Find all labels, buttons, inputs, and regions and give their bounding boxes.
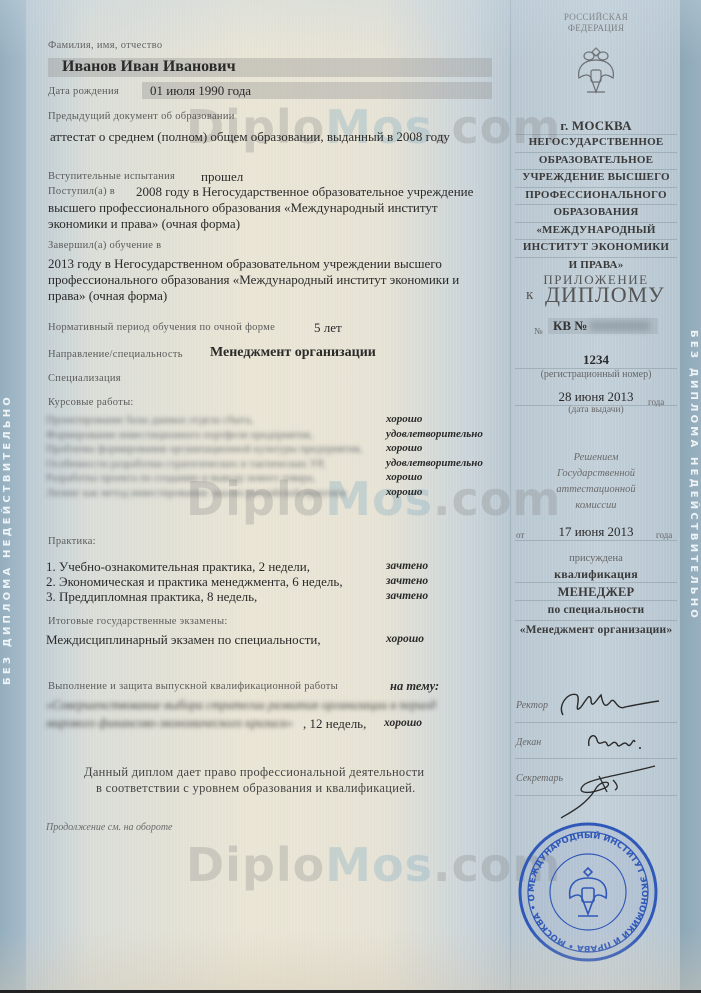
rights-line-1: Данный диплом дает право профессионально… bbox=[84, 765, 424, 780]
rector-signature-icon bbox=[555, 685, 665, 725]
decision-line: Решением bbox=[512, 452, 680, 463]
entrance-label: Вступительные испытания bbox=[48, 171, 175, 182]
enrolled-line-1: 2008 году в Негосударственное образовате… bbox=[136, 184, 473, 200]
registration-number: 1234 bbox=[512, 352, 680, 368]
rule bbox=[515, 187, 677, 188]
qualification-label: квалификация bbox=[512, 567, 680, 582]
completion-line-1: 2013 году в Негосударственном образовате… bbox=[48, 256, 442, 272]
coursework-grade: хорошо bbox=[386, 442, 422, 454]
country-line-2: ФЕДЕРАЦИЯ bbox=[512, 23, 680, 33]
specialty-value-right: «Менеджмент организации» bbox=[512, 624, 680, 636]
rector-label: Ректор bbox=[516, 700, 548, 711]
coursework-title: Проблемы формирования организационной ку… bbox=[46, 443, 362, 455]
secretary-signature-icon bbox=[555, 762, 665, 822]
state-exam-item: Междисциплинарный экзамен по специальнос… bbox=[46, 632, 321, 648]
dean-label: Декан bbox=[516, 737, 541, 748]
practice-item: 2. Экономическая и практика менеджмента,… bbox=[46, 574, 343, 590]
institution-line: «МЕЖДУНАРОДНЫЙ bbox=[512, 224, 680, 236]
decision-line: комиссии bbox=[512, 500, 680, 511]
thesis-topic-line-2: мирового финансово-экономического кризис… bbox=[46, 716, 293, 731]
rule bbox=[515, 152, 677, 153]
coursework-title: Проектирование базы данных отдела сбыта, bbox=[46, 414, 253, 426]
side-text-right: БЕЗ ДИПЛОМА НЕДЕЙСТВИТЕЛЬНО bbox=[688, 330, 699, 621]
completion-line-3: права» (очная форма) bbox=[48, 288, 167, 304]
institution-line: ПРОФЕССИОНАЛЬНОГО bbox=[512, 189, 680, 201]
official-seal-icon: МЕЖДУНАРОДНЫЙ ИНСТИТУТ ЭКОНОМИКИ И ПРАВА… bbox=[518, 822, 658, 962]
dean-signature-icon bbox=[585, 728, 645, 756]
specialty-value: Менеджмент организации bbox=[210, 345, 376, 361]
continuation-note: Продолжение см. на обороте bbox=[46, 822, 172, 833]
prev-doc-value: аттестат о среднем (полном) общем образо… bbox=[50, 129, 450, 145]
period-value: 5 лет bbox=[314, 320, 342, 336]
institution-line: УЧРЕЖДЕНИЕ ВЫСШЕГО bbox=[512, 171, 680, 183]
thesis-topic-label: на тему: bbox=[390, 679, 439, 694]
practice-grade: зачтено bbox=[386, 590, 428, 602]
practice-item: 3. Преддипломная практика, 8 недель, bbox=[46, 589, 257, 605]
registration-caption: (регистрационный номер) bbox=[512, 369, 680, 380]
title-line-2: ДИПЛОМУ bbox=[545, 282, 665, 308]
coat-of-arms-icon bbox=[512, 42, 680, 103]
student-name: Иванов Иван Иванович bbox=[62, 58, 236, 76]
issue-date-caption: (дата выдачи) bbox=[512, 405, 680, 415]
coursework-label: Курсовые работы: bbox=[48, 397, 134, 408]
watermark: DiploMos.com bbox=[186, 100, 561, 154]
decision-line: аттестационной bbox=[512, 484, 680, 495]
redacted-number bbox=[590, 321, 650, 331]
institution-line: ОБРАЗОВАНИЯ bbox=[512, 206, 680, 218]
institution-city: г. МОСКВА bbox=[512, 118, 680, 134]
coursework-grade: удовлетворительно bbox=[386, 428, 483, 440]
specialty-label: Направление/специальность bbox=[48, 349, 183, 360]
rule bbox=[515, 758, 677, 759]
enrolled-label: Поступил(а) в bbox=[48, 186, 115, 197]
rule bbox=[515, 134, 677, 135]
completion-label: Завершил(а) обучение в bbox=[48, 240, 161, 251]
thesis-label: Выполнение и защита выпускной квалификац… bbox=[48, 681, 338, 692]
specialty-caption: по специальности bbox=[512, 604, 680, 616]
institution-line: ИНСТИТУТ ЭКОНОМИКИ bbox=[512, 241, 680, 253]
state-exam-grade: хорошо bbox=[386, 633, 424, 645]
period-label: Нормативный период обучения по очной фор… bbox=[48, 322, 275, 333]
qualification-value: МЕНЕДЖЕР bbox=[512, 585, 680, 600]
institution-line: НЕГОСУДАРСТВЕННОЕ bbox=[512, 136, 680, 148]
title-k: к bbox=[526, 287, 533, 304]
practice-grade: зачтено bbox=[386, 560, 428, 572]
coursework-title: Разработка проекта по созданию и выводу … bbox=[46, 472, 315, 484]
decision-suffix: года bbox=[656, 530, 672, 540]
watermark: DiploMos.com bbox=[186, 838, 561, 892]
rule bbox=[515, 222, 677, 223]
practice-item: 1. Учебно-ознакомительная практика, 2 не… bbox=[46, 559, 310, 575]
state-exams-label: Итоговые государственные экзамены: bbox=[48, 616, 228, 627]
coursework-grade: удовлетворительно bbox=[386, 457, 483, 469]
coursework-grade: хорошо bbox=[386, 471, 422, 483]
number-sign: № bbox=[534, 326, 543, 336]
thesis-grade: хорошо bbox=[384, 717, 422, 729]
rule bbox=[515, 257, 677, 258]
practice-grade: зачтено bbox=[386, 575, 428, 587]
country-line-1: РОССИЙСКАЯ bbox=[512, 12, 680, 22]
prev-doc-label: Предыдущий документ об образовании bbox=[48, 111, 235, 122]
thesis-duration: , 12 недель, bbox=[303, 716, 366, 732]
decision-line: Государственной bbox=[512, 468, 680, 479]
entrance-value: прошел bbox=[201, 169, 243, 185]
institution-line: ОБРАЗОВАТЕЛЬНОЕ bbox=[512, 154, 680, 166]
side-text-left: БЕЗ ДИПЛОМА НЕДЕЙСТВИТЕЛЬНО bbox=[2, 394, 13, 685]
diploma-series: КВ № bbox=[553, 318, 587, 334]
rule bbox=[515, 582, 677, 583]
rule bbox=[515, 620, 677, 621]
page-edge bbox=[0, 990, 701, 993]
specialization-label: Специализация bbox=[48, 373, 121, 384]
enrolled-line-2: высшего профессионального образования «М… bbox=[48, 200, 438, 216]
enrolled-line-3: экономики и права» (очная форма) bbox=[48, 216, 240, 232]
date-of-birth: 01 июля 1990 года bbox=[150, 83, 251, 99]
thesis-topic-line-1: «Совершенствование выбора стратегии разв… bbox=[46, 698, 436, 713]
awarded-text: присуждена bbox=[512, 553, 680, 564]
rule bbox=[515, 600, 677, 601]
coursework-title: Лизинг как метод инвестирования: анализ … bbox=[46, 487, 346, 499]
institution-line: И ПРАВА» bbox=[512, 259, 680, 271]
coursework-grade: хорошо bbox=[386, 413, 422, 425]
coursework-title: Особенности разработки стратегических и … bbox=[46, 458, 325, 470]
decision-date: 17 июня 2013 bbox=[512, 524, 680, 540]
coursework-title: Формирование инвестиционного портфеля пр… bbox=[46, 429, 313, 441]
completion-line-2: профессионального образования «Междунаро… bbox=[48, 272, 459, 288]
fio-label: Фамилия, имя, отчество bbox=[48, 40, 162, 51]
rights-line-2: в соответствии с уровнем образования и к… bbox=[96, 781, 416, 796]
rule bbox=[515, 169, 677, 170]
rule bbox=[515, 540, 677, 541]
coursework-grade: хорошо bbox=[386, 486, 422, 498]
rule bbox=[515, 204, 677, 205]
practice-label: Практика: bbox=[48, 536, 96, 547]
rule bbox=[515, 239, 677, 240]
diploma-supplement-sheet: БЕЗ ДИПЛОМА НЕДЕЙСТВИТЕЛЬНО БЕЗ ДИПЛОМА … bbox=[0, 0, 701, 990]
dob-label: Дата рождения bbox=[48, 86, 119, 97]
